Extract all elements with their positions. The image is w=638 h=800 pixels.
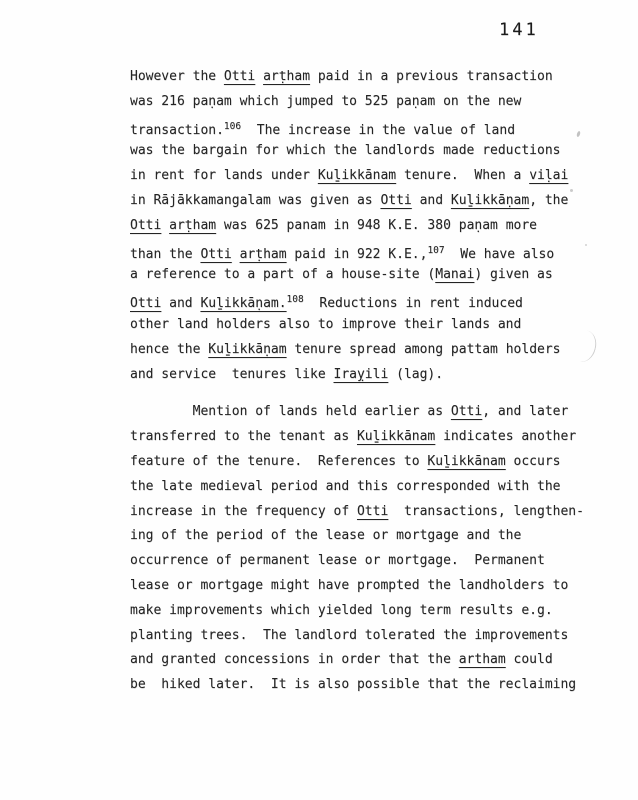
underlined-term: arṭham: [263, 69, 310, 84]
text-segment: in Rājākkamangalam was given as: [130, 193, 380, 208]
underlined-term: Otti: [130, 218, 161, 233]
paragraph: Mention of lands held earlier as Otti, a…: [130, 400, 616, 698]
scan-speck: [585, 244, 587, 246]
text-line: was the bargain for which the landlords …: [130, 139, 616, 164]
text-segment: could: [506, 652, 553, 667]
text-line: a reference to a part of a house-site (M…: [130, 263, 616, 288]
text-segment: transaction.: [130, 123, 224, 138]
text-segment: , the: [529, 193, 568, 208]
text-line: in Rājākkamangalam was given as Otti and…: [130, 189, 616, 214]
text-segment: was the bargain for which the landlords …: [130, 143, 560, 158]
text-segment: indicates another: [435, 429, 576, 444]
text-line: transaction.106 The increase in the valu…: [130, 115, 616, 140]
underlined-term: arṭham: [169, 218, 216, 233]
underlined-term: Otti: [451, 404, 482, 419]
underlined-term: Kuḻikkānam: [357, 429, 435, 444]
text-segment: tenure spread among pattam holders: [287, 342, 561, 357]
text-line: in rent for lands under Kuḻikkānam tenur…: [130, 164, 616, 189]
underlined-term: Otti: [224, 69, 255, 84]
paragraph: However the Otti arṭham paid in a previo…: [130, 65, 616, 387]
text-block: However the Otti arṭham paid in a previo…: [130, 65, 616, 698]
text-line: Otti arṭham was 625 panam in 948 K.E. 38…: [130, 214, 616, 239]
text-segment: tenure. When a: [396, 168, 529, 183]
text-segment: in rent for lands under: [130, 168, 318, 183]
text-segment: However the: [130, 69, 224, 84]
text-segment: paid in a previous transaction: [310, 69, 553, 84]
text-segment: occurrence of permanent lease or mortgag…: [130, 553, 545, 568]
underlined-term: viḷai: [529, 168, 568, 183]
text-segment: [232, 247, 240, 262]
text-segment: transactions, lengthen-: [388, 504, 584, 519]
text-line: and service tenures like Iraỵili (lag).: [130, 363, 616, 388]
text-segment: ) given as: [474, 267, 552, 282]
text-segment: ing of the period of the lease or mortga…: [130, 528, 521, 543]
text-segment: We have also: [445, 247, 555, 262]
text-line: other land holders also to improve their…: [130, 313, 616, 338]
text-segment: and: [161, 296, 200, 311]
footnote-ref: 107: [427, 245, 444, 256]
text-segment: a reference to a part of a house-site (: [130, 267, 435, 282]
underlined-term: Kuḻikkāṇam: [451, 193, 529, 208]
footnote-ref: 108: [287, 294, 304, 305]
text-line: Otti and Kuḻikkāṇam.108 Reductions in re…: [130, 288, 616, 313]
text-line: However the Otti arṭham paid in a previo…: [130, 65, 616, 90]
footnote-ref: 106: [224, 121, 241, 132]
text-segment: than the: [130, 247, 200, 262]
text-segment: and: [412, 193, 451, 208]
underlined-term: Otti: [380, 193, 411, 208]
text-segment: (lag).: [388, 367, 443, 382]
text-segment: transferred to the tenant as: [130, 429, 357, 444]
text-line: the late medieval period and this corres…: [130, 475, 616, 500]
underlined-term: Kuḻikkāṇam: [208, 342, 286, 357]
text-line: lease or mortgage might have prompted th…: [130, 574, 616, 599]
text-segment: hence the: [130, 342, 208, 357]
scan-speck: [570, 189, 573, 192]
text-segment: [255, 69, 263, 84]
text-line: increase in the frequency of Otti transa…: [130, 500, 616, 525]
text-segment: lease or mortgage might have prompted th…: [130, 578, 568, 593]
underlined-term: Iraỵili: [334, 367, 389, 382]
text-line: occurrence of permanent lease or mortgag…: [130, 549, 616, 574]
text-segment: make improvements which yielded long ter…: [130, 603, 553, 618]
text-line: be hiked later. It is also possible that…: [130, 673, 616, 698]
text-segment: [161, 218, 169, 233]
text-line: was 216 paṇam which jumped to 525 paṇam …: [130, 90, 616, 115]
text-segment: paid in 922 K.E.,: [287, 247, 428, 262]
underlined-term: arṭham: [240, 247, 287, 262]
text-line: and granted concessions in order that th…: [130, 648, 616, 673]
text-line: Mention of lands held earlier as Otti, a…: [130, 400, 616, 425]
underlined-term: Otti: [200, 247, 231, 262]
underlined-term: Kuḻikkāṇam.: [200, 296, 286, 311]
text-segment: was 625 panam in 948 K.E. 380 paṇam more: [216, 218, 537, 233]
text-segment: occurs: [506, 454, 561, 469]
text-line: ing of the period of the lease or mortga…: [130, 524, 616, 549]
text-segment: was 216 paṇam which jumped to 525 paṇam …: [130, 94, 521, 109]
text-line: feature of the tenure. References to Kuḻ…: [130, 450, 616, 475]
underlined-term: Kuḻikkānam: [318, 168, 396, 183]
text-segment: planting trees. The landlord tolerated t…: [130, 628, 568, 643]
text-segment: and service tenures like: [130, 367, 334, 382]
text-line: make improvements which yielded long ter…: [130, 599, 616, 624]
underlined-term: Kuḻikkānam: [427, 454, 505, 469]
underlined-term: Otti: [357, 504, 388, 519]
text-segment: other land holders also to improve their…: [130, 317, 521, 332]
text-segment: be hiked later. It is also possible that…: [130, 677, 576, 692]
underlined-term: Otti: [130, 296, 161, 311]
underlined-term: artham: [459, 652, 506, 667]
text-segment: The increase in the value of land: [241, 123, 515, 138]
text-segment: the late medieval period and this corres…: [130, 479, 560, 494]
text-segment: Reductions in rent induced: [304, 296, 523, 311]
text-segment: and granted concessions in order that th…: [130, 652, 459, 667]
scanned-page: 141 However the Otti arṭham paid in a pr…: [0, 0, 638, 800]
underlined-term: Manai: [435, 267, 474, 282]
page-number: 141: [499, 20, 539, 40]
text-line: than the Otti arṭham paid in 922 K.E.,10…: [130, 239, 616, 264]
text-line: planting trees. The landlord tolerated t…: [130, 624, 616, 649]
text-segment: Mention of lands held earlier as: [130, 404, 451, 419]
text-segment: , and later: [482, 404, 568, 419]
text-segment: feature of the tenure. References to: [130, 454, 427, 469]
text-line: hence the Kuḻikkāṇam tenure spread among…: [130, 338, 616, 363]
text-segment: increase in the frequency of: [130, 504, 357, 519]
text-line: transferred to the tenant as Kuḻikkānam …: [130, 425, 616, 450]
